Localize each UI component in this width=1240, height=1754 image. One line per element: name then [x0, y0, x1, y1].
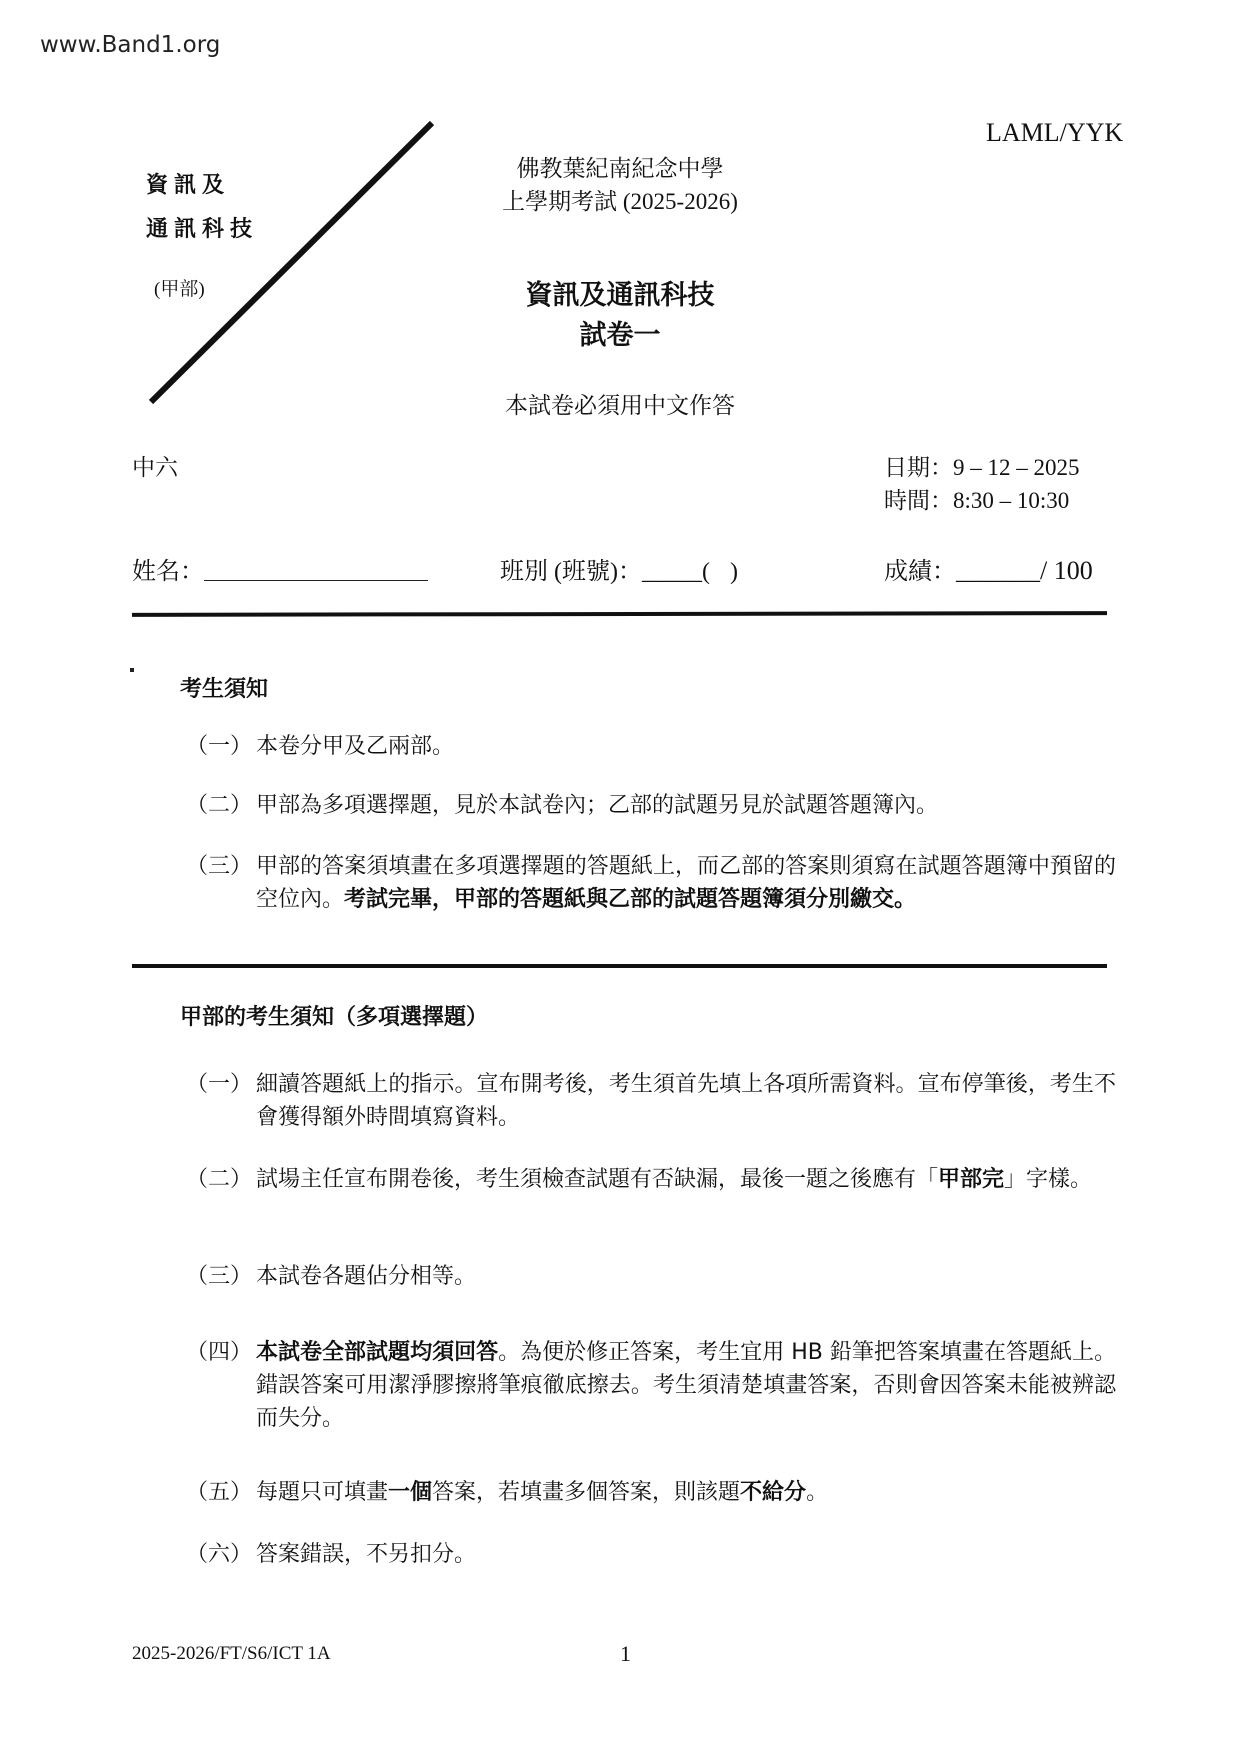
date-label: 日期：: [884, 455, 953, 480]
bullet-dot: [130, 668, 134, 672]
section-a-instruction-item: （五） 每題只可填畫一個答案，若填畫多個答案，則該題不給分。: [186, 1476, 1116, 1509]
item-text: 」字樣。: [1004, 1167, 1092, 1192]
score-total: / 100: [1040, 556, 1093, 585]
item-text: 每題只可填畫: [256, 1480, 388, 1505]
class-blank-input[interactable]: _____(: [642, 559, 710, 585]
page-number: 1: [620, 1641, 631, 1667]
exam-time: 時間：8:30 – 10:30: [884, 482, 1069, 515]
item-text: 甲部為多項選擇題，見於本試卷內；乙部的試題另見於試題答題簿內。: [256, 789, 1116, 822]
time-value: 8:30 – 10:30: [953, 488, 1069, 513]
item-text-bold: 不給分: [740, 1480, 806, 1505]
item-number: （一）: [186, 730, 252, 763]
general-instruction-item: （二） 甲部為多項選擇題，見於本試卷內；乙部的試題另見於試題答題簿內。: [186, 789, 1116, 822]
divider-middle: [132, 964, 1107, 968]
item-text: 試場主任宣布開卷後，考生須檢查試題有否缺漏，最後一題之後應有「: [256, 1167, 938, 1192]
score-label: 成績：: [884, 559, 956, 585]
general-instructions-title: 考生須知: [180, 672, 268, 703]
score-blank-input[interactable]: _______: [956, 559, 1040, 585]
item-text: 本試卷各題佔分相等。: [256, 1260, 1116, 1293]
class-label: 班別 (班號)：: [500, 559, 642, 585]
item-number: （二）: [186, 789, 252, 822]
item-number: （五）: [186, 1476, 252, 1509]
item-number: （一）: [186, 1068, 252, 1101]
class-field: 班別 (班號)：_____(): [500, 551, 738, 586]
name-label: 姓名：: [132, 559, 204, 585]
section-a-instruction-item: （四） 本試卷全部試題均須回答。為便於修正答案，考生宜用 HB 鉛筆把答案填畫在…: [186, 1336, 1116, 1435]
form-level: 中六: [132, 449, 178, 482]
name-blank-input[interactable]: [204, 558, 428, 581]
section-a-instruction-item: （三） 本試卷各題佔分相等。: [186, 1260, 1116, 1293]
item-text: 細讀答題紙上的指示。宣布開考後，考生須首先填上各項所需資料。宣布停筆後，考生不會…: [256, 1068, 1116, 1134]
general-instruction-item: （一） 本卷分甲及乙兩部。: [186, 730, 1116, 763]
subject-title: 資訊及通訊科技: [450, 273, 790, 312]
item-number: （三）: [186, 1260, 252, 1293]
score-field: 成績：_______/ 100: [884, 551, 1093, 586]
time-label: 時間：: [884, 488, 953, 513]
item-text: 答案錯誤，不另扣分。: [256, 1538, 1116, 1571]
name-field: 姓名：: [132, 551, 428, 586]
paper-title: 試卷一: [450, 313, 790, 352]
item-number: （四）: [186, 1336, 252, 1369]
item-number: （六）: [186, 1538, 252, 1571]
general-instruction-item: （三） 甲部的答案須填畫在多項選擇題的答題紙上，而乙部的答案則須寫在試題答題簿中…: [186, 850, 1116, 916]
item-text-bold: 甲部完: [938, 1167, 1004, 1192]
item-number: （二）: [186, 1163, 252, 1196]
exam-term: 上學期考試 (2025-2026): [450, 183, 790, 216]
language-note: 本試卷必須用中文作答: [450, 387, 790, 420]
exam-date: 日期：9 – 12 – 2025: [884, 449, 1080, 482]
item-text: 本卷分甲及乙兩部。: [256, 730, 1116, 763]
paper-code: 2025-2026/FT/S6/ICT 1A: [132, 1643, 331, 1665]
item-text-bold: 一個: [388, 1480, 432, 1505]
divider-top: [132, 611, 1107, 617]
class-number-close: ): [730, 559, 738, 585]
item-text-bold: 本試卷全部試題均須回答: [256, 1340, 498, 1365]
section-a-instructions-title: 甲部的考生須知（多項選擇題）: [180, 1000, 488, 1031]
date-value: 9 – 12 – 2025: [953, 455, 1080, 480]
item-text-bold: 考試完畢，甲部的答題紙與乙部的試題答題簿須分別繳交。: [344, 887, 916, 912]
section-a-instruction-item: （二） 試場主任宣布開卷後，考生須檢查試題有否缺漏，最後一題之後應有「甲部完」字…: [186, 1163, 1116, 1196]
section-a-instruction-item: （一） 細讀答題紙上的指示。宣布開考後，考生須首先填上各項所需資料。宣布停筆後，…: [186, 1068, 1116, 1134]
school-name: 佛教葉紀南紀念中學: [450, 150, 790, 183]
item-number: （三）: [186, 850, 252, 883]
section-a-instruction-item: （六） 答案錯誤，不另扣分。: [186, 1538, 1116, 1571]
item-text: 答案，若填畫多個答案，則該題: [432, 1480, 740, 1505]
item-text: 。: [806, 1480, 828, 1505]
